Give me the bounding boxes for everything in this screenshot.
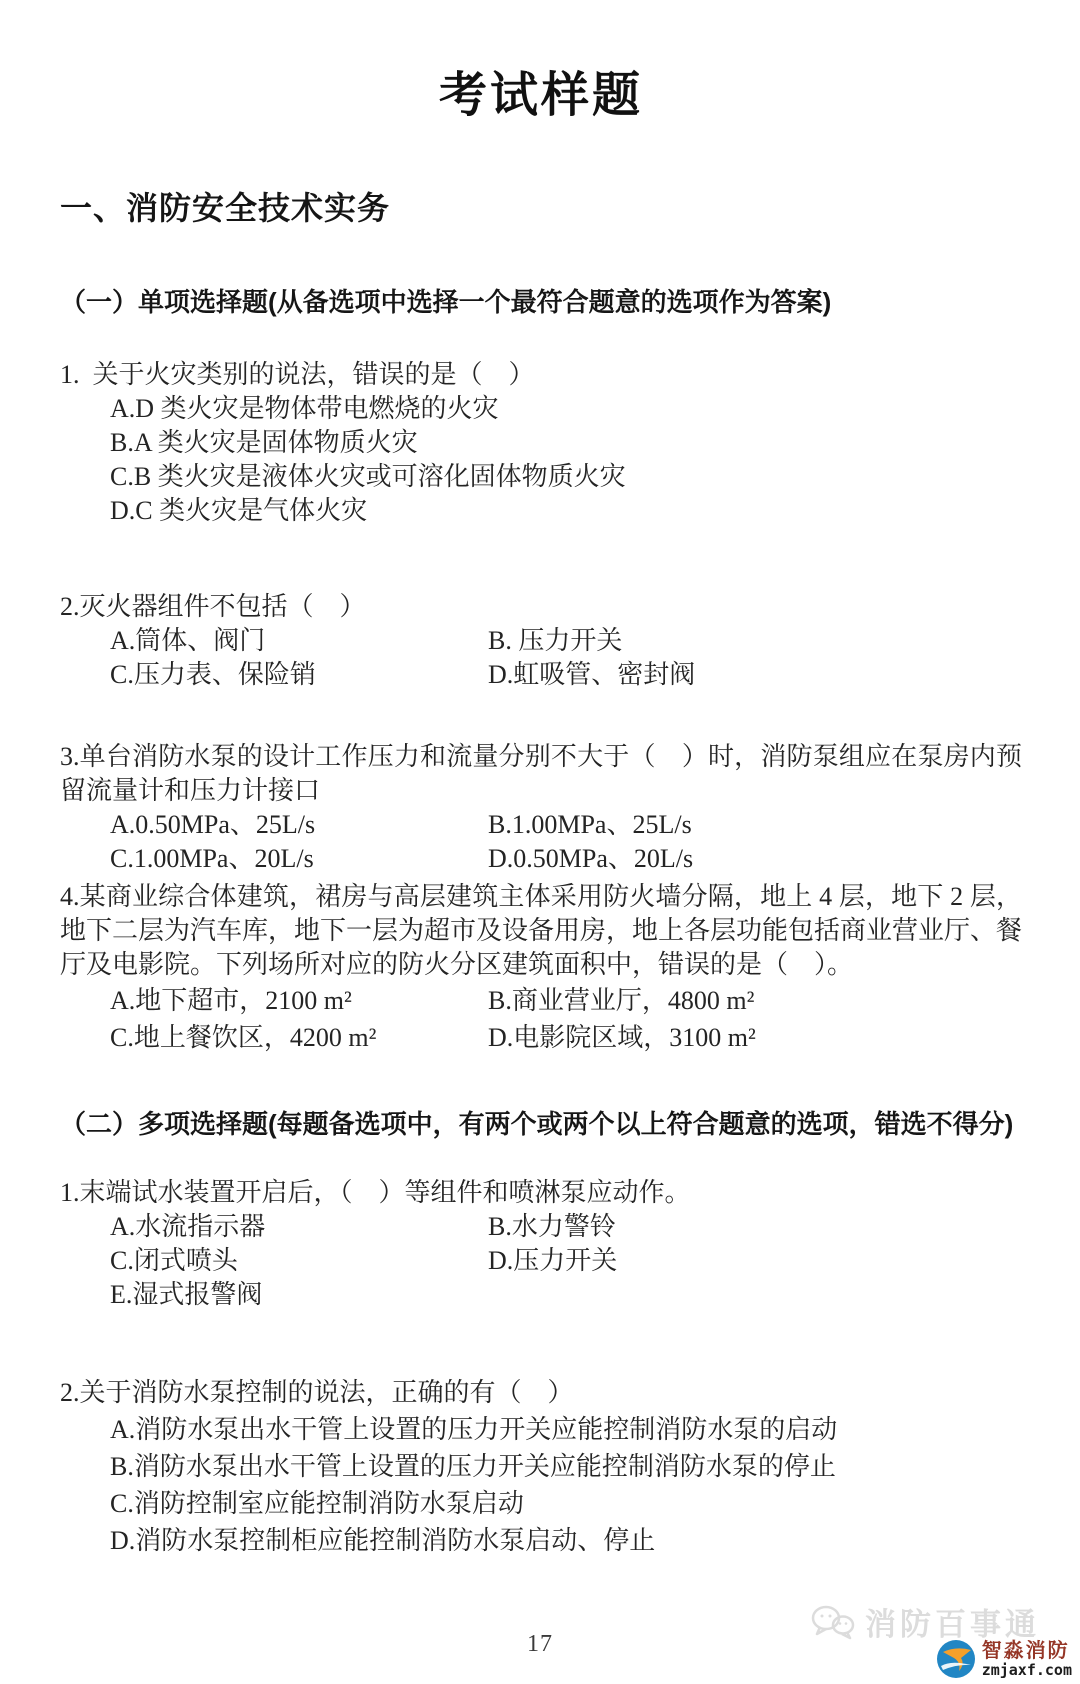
option: C.地上餐饮区，4200 m² bbox=[110, 1019, 488, 1056]
option: C.1.00MPa、20L/s bbox=[110, 842, 488, 876]
option: D.消防水泵控制柜应能控制消防水泵启动、停止 bbox=[110, 1522, 1022, 1559]
question-p1-q3: 3.单台消防水泵的设计工作压力和流量分别不大于（ ）时，消防泵组应在泵房内预留流… bbox=[60, 740, 1022, 876]
option: B.A 类火灾是固体物质火灾 bbox=[110, 426, 1022, 460]
exam-title: 考试样题 bbox=[60, 0, 1022, 126]
question-text: 1.末端试水装置开启后，（ ）等组件和喷淋泵应动作。 bbox=[60, 1176, 1022, 1210]
question-text: 2.灭火器组件不包括（ ） bbox=[60, 590, 1022, 624]
options-list: A.筒体、阀门 B. 压力开关 C.压力表、保险销 D.虹吸管、密封阀 bbox=[60, 624, 1022, 692]
option: A.水流指示器 bbox=[110, 1210, 488, 1244]
option: A.地下超市，2100 m² bbox=[110, 982, 488, 1019]
question-p1-q1: 1. 关于火灾类别的说法，错误的是（ ） A.D 类火灾是物体带电燃烧的火灾 B… bbox=[60, 358, 1022, 528]
question-p1-q2: 2.灭火器组件不包括（ ） A.筒体、阀门 B. 压力开关 C.压力表、保险销 … bbox=[60, 590, 1022, 692]
option: B. 压力开关 bbox=[488, 624, 1022, 658]
option: C.压力表、保险销 bbox=[110, 658, 488, 692]
option: B.消防水泵出水干管上设置的压力开关应能控制消防水泵的停止 bbox=[110, 1448, 1022, 1485]
option: E.湿式报警阀 bbox=[110, 1278, 488, 1312]
site-logo: 智淼消防 zmjaxf.com bbox=[935, 1638, 1072, 1680]
option: D.压力开关 bbox=[488, 1244, 1022, 1278]
option: D.C 类火灾是气体火灾 bbox=[110, 494, 1022, 528]
question-text: 1. 关于火灾类别的说法，错误的是（ ） bbox=[60, 358, 1022, 392]
option: D.虹吸管、密封阀 bbox=[488, 658, 1022, 692]
course-section-heading: 一、消防安全技术实务 bbox=[60, 186, 1022, 230]
options-list: A.水流指示器 B.水力警铃 C.闭式喷头 D.压力开关 E.湿式报警阀 bbox=[60, 1210, 1022, 1312]
site-logo-url: zmjaxf.com bbox=[982, 1663, 1072, 1678]
question-p1-q4: 4.某商业综合体建筑，裙房与高层建筑主体采用防火墙分隔，地上 4 层，地下 2 … bbox=[60, 880, 1022, 1056]
question-text: 2.关于消防水泵控制的说法，正确的有（ ） bbox=[60, 1374, 1022, 1411]
option: A.D 类火灾是物体带电燃烧的火灾 bbox=[110, 392, 1022, 426]
site-logo-icon bbox=[935, 1638, 977, 1680]
option: A.0.50MPa、25L/s bbox=[110, 808, 488, 842]
question-p2-q2: 2.关于消防水泵控制的说法，正确的有（ ） A.消防水泵出水干管上设置的压力开关… bbox=[60, 1374, 1022, 1559]
option: B.水力警铃 bbox=[488, 1210, 1022, 1244]
option: C.B 类火灾是液体火灾或可溶化固体物质火灾 bbox=[110, 460, 1022, 494]
part1-heading: （一）单项选择题(从备选项中选择一个最符合题意的选项作为答案) bbox=[60, 282, 1022, 322]
option: B.商业营业厅，4800 m² bbox=[488, 982, 1022, 1019]
question-text: 3.单台消防水泵的设计工作压力和流量分别不大于（ ）时，消防泵组应在泵房内预留流… bbox=[60, 740, 1022, 808]
options-list: A.D 类火灾是物体带电燃烧的火灾 B.A 类火灾是固体物质火灾 C.B 类火灾… bbox=[60, 392, 1022, 528]
option: C.闭式喷头 bbox=[110, 1244, 488, 1278]
option: C.消防控制室应能控制消防水泵启动 bbox=[110, 1485, 1022, 1522]
site-logo-title: 智淼消防 bbox=[982, 1641, 1072, 1661]
options-list: A.0.50MPa、25L/s B.1.00MPa、25L/s C.1.00MP… bbox=[60, 808, 1022, 876]
exam-page: 考试样题 一、消防安全技术实务 （一）单项选择题(从备选项中选择一个最符合题意的… bbox=[0, 0, 1080, 1684]
wechat-bubbles-icon bbox=[811, 1604, 855, 1640]
options-list: A.地下超市，2100 m² B.商业营业厅，4800 m² C.地上餐饮区，4… bbox=[60, 982, 1022, 1056]
part2-heading: （二）多项选择题(每题备选项中，有两个或两个以上符合题意的选项，错选不得分) bbox=[60, 1092, 1020, 1156]
options-list: A.消防水泵出水干管上设置的压力开关应能控制消防水泵的启动 B.消防水泵出水干管… bbox=[60, 1411, 1022, 1559]
option: B.1.00MPa、25L/s bbox=[488, 808, 1022, 842]
site-logo-text: 智淼消防 zmjaxf.com bbox=[982, 1641, 1072, 1678]
option: A.筒体、阀门 bbox=[110, 624, 488, 658]
option: D.0.50MPa、20L/s bbox=[488, 842, 1022, 876]
option: A.消防水泵出水干管上设置的压力开关应能控制消防水泵的启动 bbox=[110, 1411, 1022, 1448]
question-p2-q1: 1.末端试水装置开启后，（ ）等组件和喷淋泵应动作。 A.水流指示器 B.水力警… bbox=[60, 1176, 1022, 1312]
question-text: 4.某商业综合体建筑，裙房与高层建筑主体采用防火墙分隔，地上 4 层，地下 2 … bbox=[60, 880, 1022, 982]
option: D.电影院区域，3100 m² bbox=[488, 1019, 1022, 1056]
